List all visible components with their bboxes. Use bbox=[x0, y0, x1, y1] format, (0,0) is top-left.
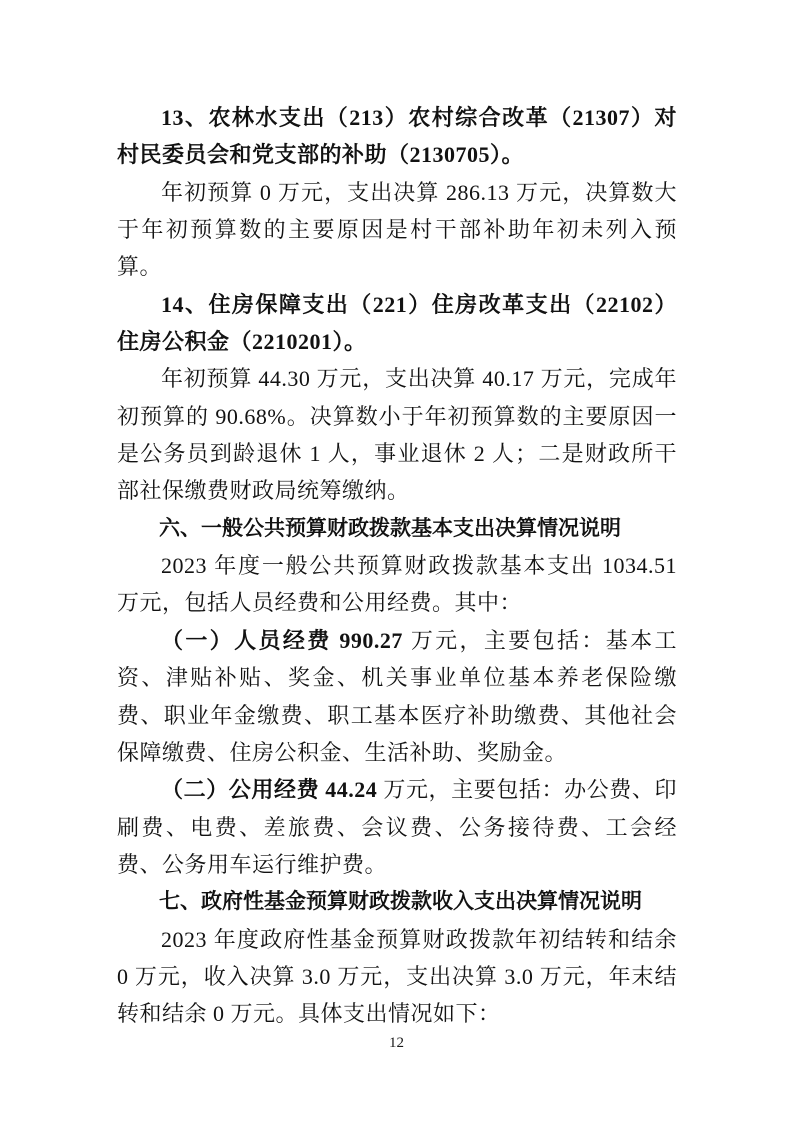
heading-section-7: 七、政府性基金预算财政拨款收入支出决算情况说明 bbox=[117, 883, 677, 920]
paragraph-text: 14、住房保障支出（221）住房改革支出（22102）住房公积金（2210201… bbox=[117, 292, 677, 354]
paragraph-text: 年初预算 44.30 万元，支出决算 40.17 万元，完成年初预算的 90.6… bbox=[117, 366, 677, 503]
heading-section-6: 六、一般公共预算财政拨款基本支出决算情况说明 bbox=[117, 510, 677, 547]
paragraph-item-14: 14、住房保障支出（221）住房改革支出（22102）住房公积金（2210201… bbox=[117, 286, 677, 361]
paragraph-personnel-funds: （一）人员经费 990.27 万元，主要包括：基本工资、津贴补贴、奖金、机关事业… bbox=[117, 622, 677, 771]
heading-text: 七、政府性基金预算财政拨款收入支出决算情况说明 bbox=[159, 890, 642, 913]
paragraph-text: 年初预算 0 万元，支出决算 286.13 万元，决算数大于年初预算数的主要原因… bbox=[117, 180, 677, 280]
paragraph-public-funds: （二）公用经费 44.24 万元，主要包括：办公费、印刷费、电费、差旅费、会议费… bbox=[117, 771, 677, 883]
paragraph-item-13: 13、农林水支出（213）农村综合改革（21307）对村民委员会和党支部的补助（… bbox=[117, 99, 677, 174]
paragraph-bold-lead: （一）人员经费 990.27 bbox=[161, 628, 411, 653]
paragraph-text: 13、农林水支出（213）农村综合改革（21307）对村民委员会和党支部的补助（… bbox=[117, 105, 677, 167]
heading-text: 六、一般公共预算财政拨款基本支出决算情况说明 bbox=[159, 517, 621, 540]
paragraph-section-7-intro: 2023 年度政府性基金预算财政拨款年初结转和结余 0 万元，收入决算 3.0 … bbox=[117, 921, 677, 1033]
paragraph-text: 2023 年度政府性基金预算财政拨款年初结转和结余 0 万元，收入决算 3.0 … bbox=[117, 927, 677, 1027]
paragraph-section-6-intro: 2023 年度一般公共预算财政拨款基本支出 1034.51 万元，包括人员经费和… bbox=[117, 547, 677, 622]
paragraph-text: 2023 年度一般公共预算财政拨款基本支出 1034.51 万元，包括人员经费和… bbox=[117, 553, 677, 615]
paragraph-item-13-detail: 年初预算 0 万元，支出决算 286.13 万元，决算数大于年初预算数的主要原因… bbox=[117, 174, 677, 286]
document-page: 13、农林水支出（213）农村综合改革（21307）对村民委员会和党支部的补助（… bbox=[0, 0, 793, 1122]
paragraph-bold-lead: （二）公用经费 44.24 bbox=[161, 777, 383, 802]
page-number: 12 bbox=[389, 1035, 404, 1051]
document-content: 13、农林水支出（213）农村综合改革（21307）对村民委员会和党支部的补助（… bbox=[117, 99, 677, 1033]
page-footer: 12 bbox=[0, 1034, 793, 1052]
paragraph-item-14-detail: 年初预算 44.30 万元，支出决算 40.17 万元，完成年初预算的 90.6… bbox=[117, 360, 677, 509]
